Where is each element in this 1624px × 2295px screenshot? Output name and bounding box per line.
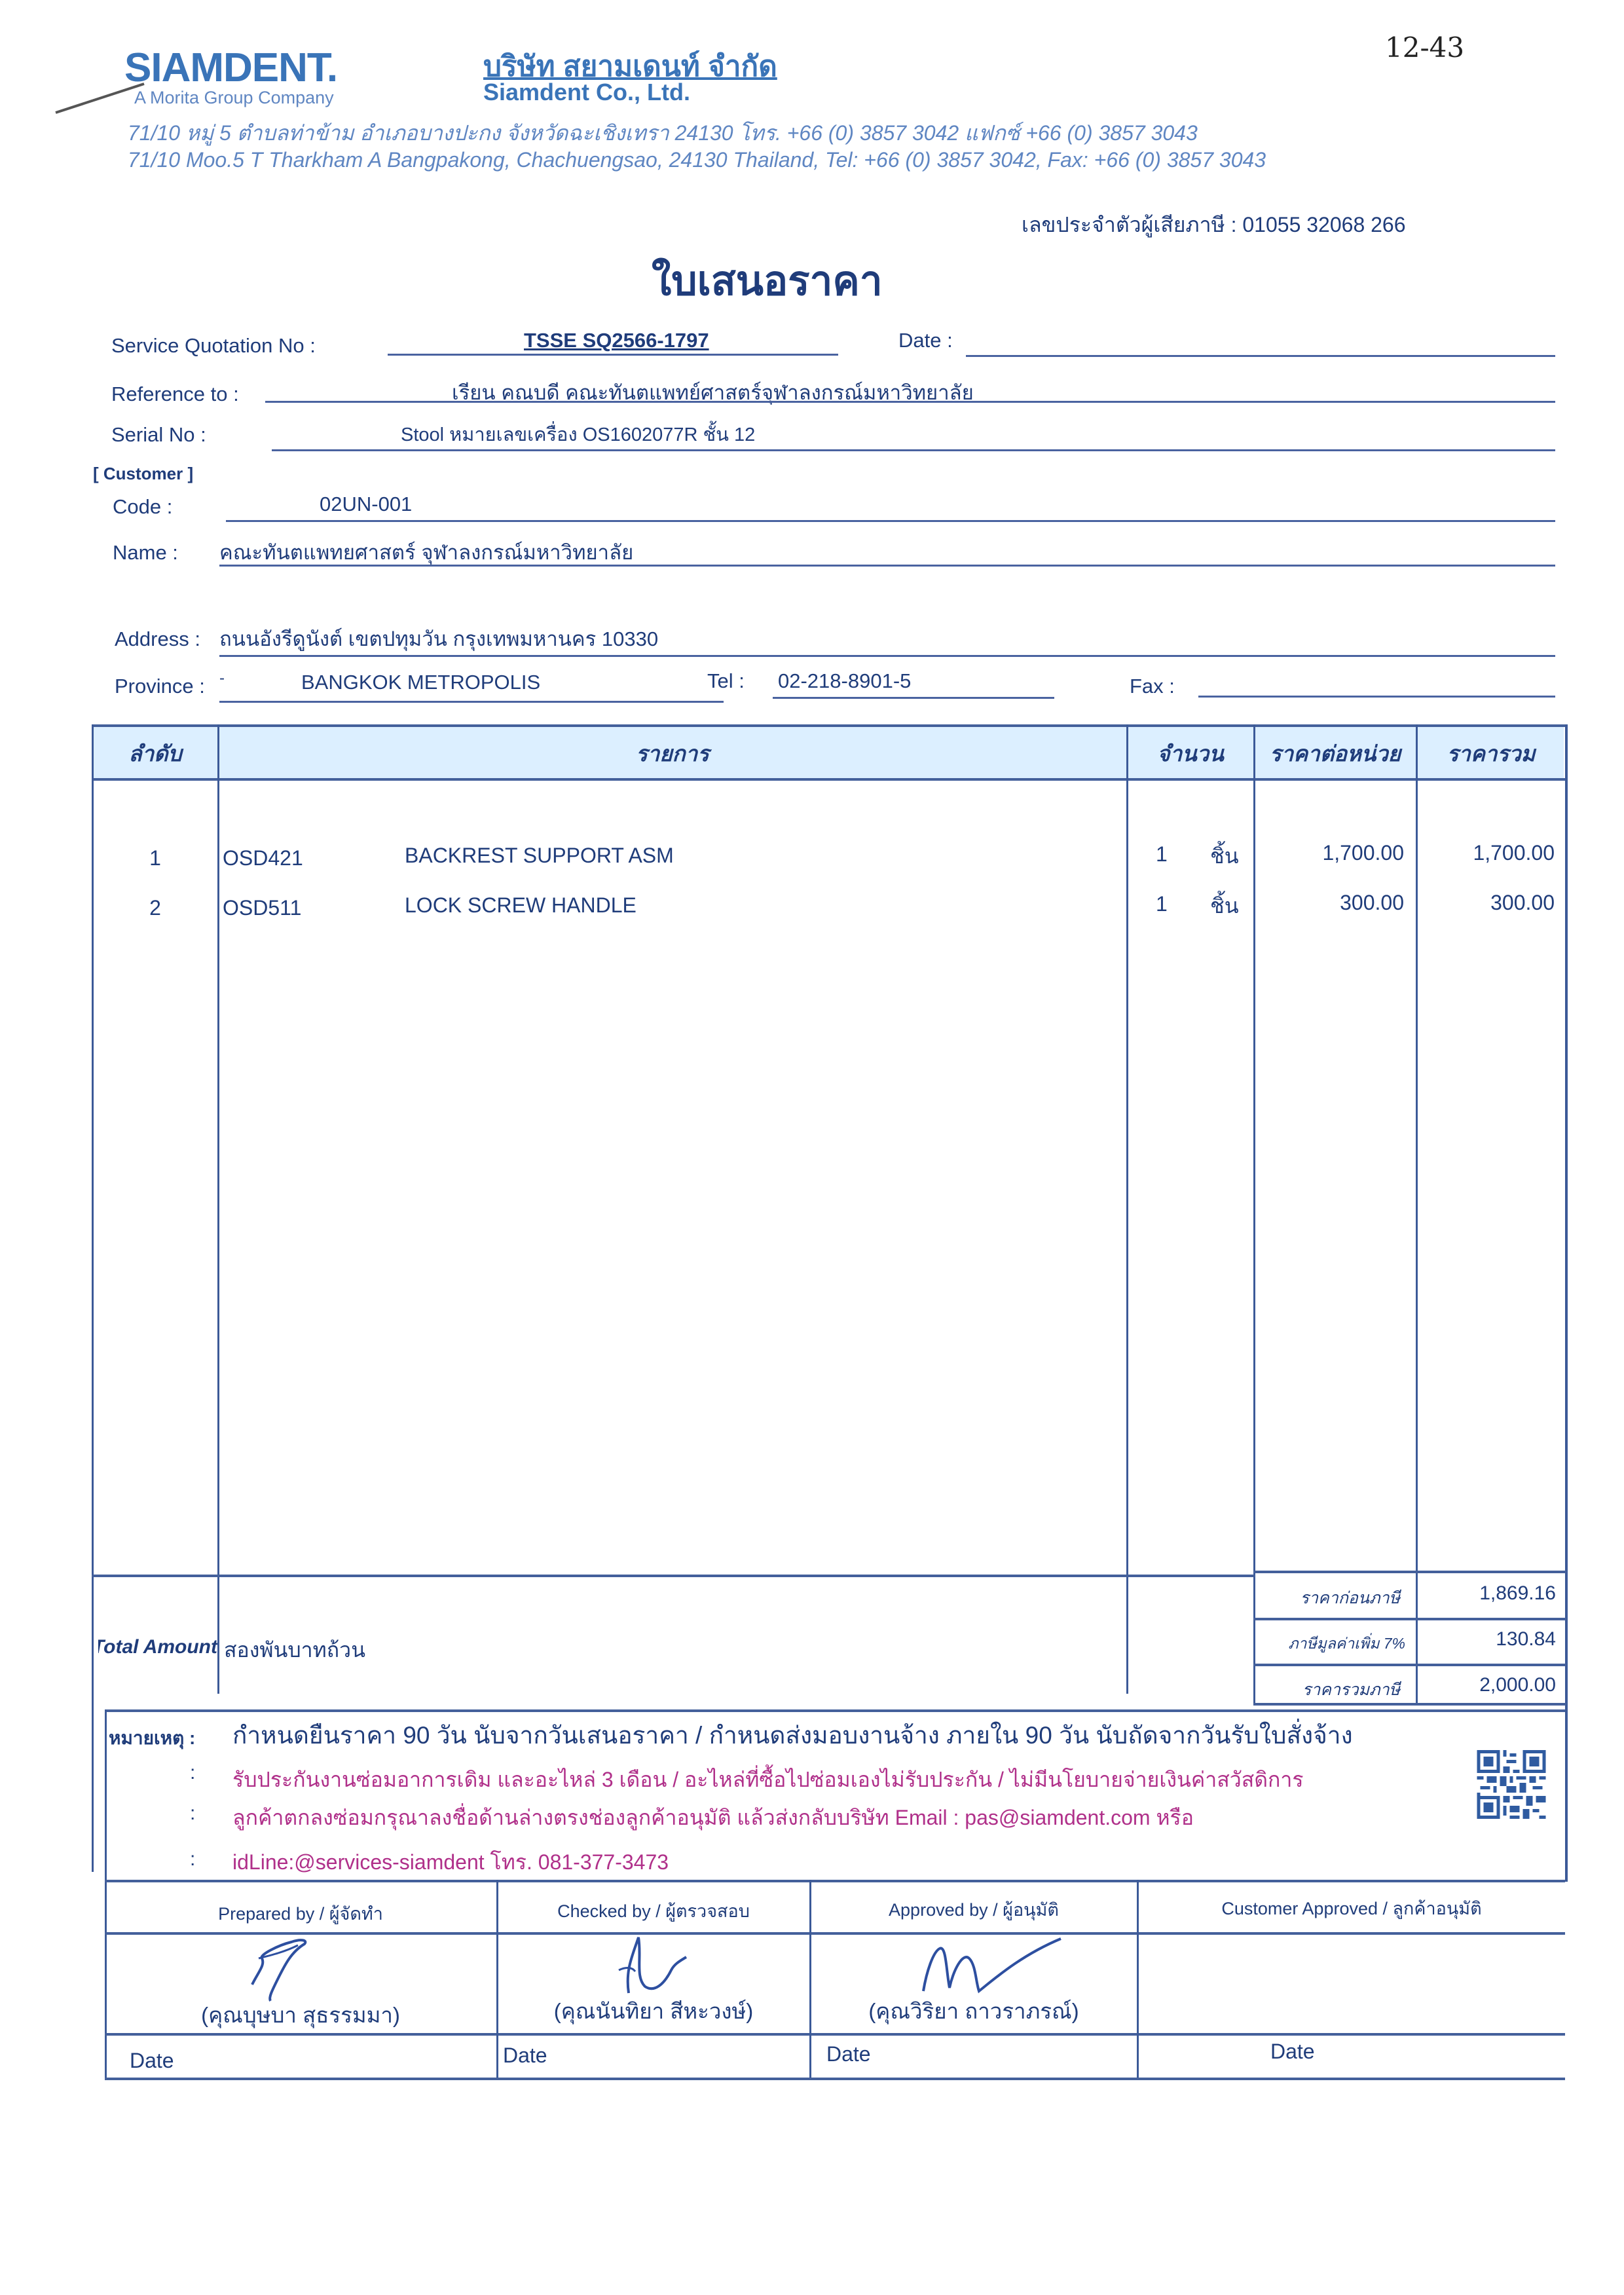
- note-bullet: :: [190, 1848, 195, 1871]
- tel-value: 02-218-8901-5: [778, 669, 911, 693]
- note-bullet: :: [190, 1802, 195, 1825]
- date-underline: [966, 355, 1555, 357]
- row-unit: ชิ้น: [1210, 889, 1239, 923]
- sig-top-border: [105, 1880, 1565, 1882]
- company-address-thai: 71/10 หมู่ 5 ตำบลท่าข้าม อำเภอบางปะกง จั…: [128, 117, 1198, 150]
- row-amount: 300.00: [1417, 891, 1555, 915]
- quotation-no-label: Service Quotation No :: [111, 334, 316, 358]
- row-unit: ชิ้น: [1210, 840, 1239, 873]
- tel-label: Tel :: [707, 669, 745, 693]
- sig-date-checked: Date: [503, 2043, 547, 2068]
- totals-top-border-right: [1253, 1571, 1566, 1573]
- sig-role-approved: Approved by / ผู้อนุมัติ: [811, 1895, 1137, 1924]
- customer-address: ถนนอังรีดูนังต์ เขตปทุมวัน กรุงเทพมหานคร…: [219, 622, 658, 655]
- table-top-border: [92, 724, 1566, 727]
- grand-total-value: 2,000.00: [1417, 1674, 1556, 1696]
- handwritten-note: 12-43: [1385, 31, 1464, 64]
- customer-code: 02UN-001: [320, 493, 412, 516]
- quotation-no-underline: [388, 354, 838, 356]
- province-value: BANGKOK METROPOLIS: [301, 671, 540, 694]
- subtotal-label: ราคาก่อนภาษี: [1255, 1585, 1400, 1611]
- note-line-3: ลูกค้าตกลงซ่อมกรุณาลงชื่อด้านล่างตรงช่อง…: [232, 1801, 1194, 1835]
- row-qty: 1: [1156, 892, 1168, 916]
- customer-code-label: Code :: [113, 495, 172, 519]
- sig-name-approved: (คุณวิริยา ถาวราภรณ์): [811, 1994, 1137, 2028]
- sig-date-customer: Date: [1270, 2040, 1315, 2064]
- grand-total-label: ราคารวมภาษี: [1255, 1677, 1400, 1703]
- row-amount: 1,700.00: [1417, 841, 1555, 865]
- row-unit-price: 1,700.00: [1255, 841, 1404, 865]
- row-qty: 1: [1156, 842, 1168, 867]
- sig-header-bottom-border: [105, 1932, 1565, 1935]
- signature-checked-icon: [609, 1931, 694, 2003]
- tel-underline: [773, 697, 1054, 699]
- note-line-2: รับประกันงานซ่อมอาการเดิม และอะไหล่ 3 เด…: [232, 1763, 1304, 1797]
- th-unit-price: ราคาต่อหน่วย: [1255, 736, 1416, 771]
- tax-id: เลขประจำตัวผู้เสียภาษี : 01055 32068 266: [1022, 208, 1406, 242]
- total-amount-words: สองพันบาทถ้วน: [224, 1633, 365, 1667]
- fax-label: Fax :: [1130, 675, 1175, 698]
- th-no: ลำดับ: [93, 736, 217, 771]
- document-title: ใบเสนอราคา: [652, 249, 883, 313]
- sig-role-checked: Checked by / ผู้ตรวจสอบ: [498, 1897, 809, 1925]
- th-description: รายการ: [219, 736, 1126, 771]
- sig-date-top-border: [105, 2033, 1565, 2036]
- customer-name-underline: [219, 565, 1555, 567]
- sig-date-prepared: Date: [130, 2049, 174, 2073]
- row-no: 2: [93, 896, 217, 920]
- customer-address-underline: [219, 655, 1555, 657]
- serial-value: Stool หมายเลขเครื่อง OS1602077R ชั้น 12: [401, 419, 755, 449]
- note-bullet: :: [190, 1762, 195, 1784]
- customer-address-label: Address :: [115, 627, 200, 651]
- col-divider-4: [1416, 724, 1418, 1704]
- vat-value: 130.84: [1417, 1628, 1556, 1651]
- province-mark: -: [219, 669, 225, 688]
- row-code: OSD421: [223, 846, 303, 870]
- signature-prepared-icon: [239, 1932, 318, 2004]
- vat-bottom-border: [1253, 1664, 1566, 1666]
- row-unit-price: 300.00: [1255, 891, 1404, 915]
- serial-underline: [272, 449, 1555, 451]
- totals-top-border: [92, 1575, 1255, 1577]
- customer-name: คณะทันตแพทยศาสตร์ จุฬาลงกรณ์มหาวิทยาลัย: [219, 536, 633, 569]
- note-line-4: idLine:@services-siamdent โทร. 081-377-3…: [232, 1846, 669, 1879]
- notes-top-border: [105, 1709, 1565, 1712]
- subtotal-bottom-border: [1253, 1618, 1566, 1620]
- col-divider-1: [217, 724, 219, 1694]
- reference-label: Reference to :: [111, 382, 239, 406]
- sig-date-approved: Date: [826, 2042, 871, 2066]
- province-label: Province :: [115, 675, 205, 698]
- company-logo-tagline: A Morita Group Company: [134, 88, 334, 108]
- row-description: BACKREST SUPPORT ASM: [405, 844, 674, 868]
- note-line-1: กำหนดยืนราคา 90 วัน นับจากวันเสนอราคา / …: [232, 1716, 1353, 1755]
- company-address-english: 71/10 Moo.5 T Tharkham A Bangpakong, Cha…: [128, 148, 1266, 172]
- customer-code-underline: [226, 520, 1555, 522]
- quotation-no: TSSE SQ2566-1797: [524, 329, 709, 352]
- sig-role-customer: Customer Approved / ลูกค้าอนุมัติ: [1138, 1894, 1565, 1922]
- sig-bottom-border: [105, 2078, 1565, 2080]
- province-underline: [219, 701, 724, 703]
- company-name-english: Siamdent Co., Ltd.: [483, 79, 690, 106]
- sig-name-prepared: (คุณบุษบา สุธรรมมา): [105, 1998, 496, 2032]
- col-divider-3: [1253, 724, 1255, 1704]
- row-no: 1: [93, 846, 217, 870]
- th-qty: จำนวน: [1128, 736, 1253, 771]
- customer-section-label: [ Customer ]: [93, 464, 193, 484]
- table-header-bottom-border: [92, 778, 1566, 781]
- row-description: LOCK SCREW HANDLE: [405, 893, 637, 918]
- sig-role-prepared: Prepared by / ผู้จัดทำ: [105, 1899, 496, 1928]
- grand-total-bottom-border: [1253, 1703, 1566, 1706]
- date-label: Date :: [898, 329, 953, 352]
- row-code: OSD511: [223, 896, 301, 920]
- total-amount-label: Total Amount: [98, 1636, 217, 1658]
- th-amount: ราคารวม: [1417, 736, 1565, 771]
- notes-label: หมายเหตุ :: [109, 1724, 195, 1753]
- serial-label: Serial No :: [111, 423, 206, 447]
- reference-value: เรียน คณบดี คณะทันตแพทย์ศาสตร์จุฬาลงกรณ์…: [452, 376, 974, 409]
- col-divider-2: [1126, 724, 1128, 1694]
- company-logo: SIAMDENT.: [124, 45, 337, 91]
- table-right-border: [1565, 724, 1568, 1882]
- reference-underline: [265, 401, 1555, 403]
- customer-name-label: Name :: [113, 541, 178, 565]
- vat-label: ภาษีมูลค่าเพิ่ม 7%: [1255, 1632, 1405, 1656]
- qr-code-icon[interactable]: [1475, 1750, 1547, 1819]
- sig-name-checked: (คุณนันทิยา สีหะวงษ์): [498, 1994, 809, 2028]
- subtotal-value: 1,869.16: [1417, 1582, 1556, 1605]
- fax-underline: [1198, 696, 1555, 698]
